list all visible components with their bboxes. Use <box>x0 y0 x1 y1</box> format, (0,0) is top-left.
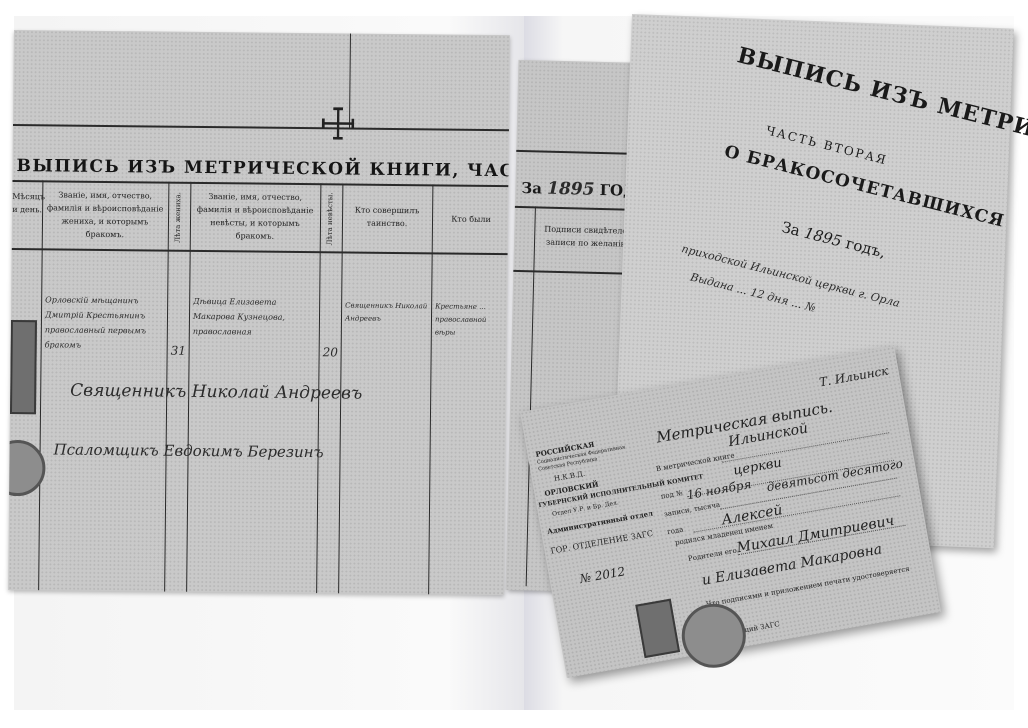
column-header-groom: Званіе, имя, отчество, фамилія и вѣроисп… <box>44 188 167 241</box>
card-top-signature: Т. Ильинск <box>818 364 889 390</box>
entry-bride: Дѣвица Елизавета Макарова Кузнецова, пра… <box>193 294 317 340</box>
entry-groom: Орловскій мѣщанинъ Дмитрій Крестьянинъ п… <box>45 292 166 353</box>
extract-year-label: За <box>780 218 802 240</box>
entry-witnesses: Крестьяне ... православной вѣры <box>435 300 505 340</box>
card-revenue-stamp <box>635 599 680 658</box>
year-value: 1895 <box>547 179 595 200</box>
entry-bride-age: 20 <box>323 345 338 359</box>
col-sep <box>428 184 433 594</box>
extract-year: За 1895 годъ, <box>780 218 888 262</box>
column-header-bride: Званіе, имя, отчество, фамилія и вѣроисп… <box>192 190 319 243</box>
col-sep <box>38 180 43 590</box>
column-header-witnesses: Кто были <box>436 212 506 226</box>
priest-signature: Священникъ Николай Андреевъ <box>70 381 362 404</box>
column-header-bride-age: Лѣта невѣсты. <box>324 191 338 247</box>
revenue-stamp <box>10 320 37 414</box>
card-field-label: года <box>666 525 684 536</box>
card-field-label: записи, тысяча <box>663 501 720 519</box>
metric-book-ledger: ☩ ВЫПИСЬ ИЗЪ МЕТРИЧЕСКОЙ КНИГИ, ЧАСТЬ ВТ… <box>8 30 510 595</box>
header-bottom-rule <box>12 248 508 255</box>
card-field-label: под № <box>660 489 683 501</box>
card-registry-number: № 2012 <box>579 564 626 586</box>
clerk-signature: Псаломщикъ Евдокимъ Березинъ <box>54 440 324 461</box>
card-field-label: Родители его <box>687 547 737 563</box>
ledger-top-rule <box>13 124 509 131</box>
entry-groom-age: 31 <box>171 344 186 358</box>
column-header-officiant: Кто совершилъ таинство. <box>344 203 430 230</box>
header-top-rule <box>12 180 508 187</box>
extract-year-value: 1895 <box>802 224 843 251</box>
extract-year-suffix: годъ, <box>844 234 888 261</box>
card-header-line: Н.К.В.Д. <box>553 470 585 483</box>
imperial-eagle-crest-icon: ☩ <box>303 89 374 160</box>
column-header-groom-age: Лѣта жениха. <box>172 190 186 246</box>
column-header-date: Мѣсяцъ и день. <box>12 190 42 216</box>
extract-title: ВЫПИСЬ ИЗЪ МЕТРИЧЕСКОЙ КНИГИ <box>735 42 1028 199</box>
year-label: За <box>521 179 542 197</box>
col-sep <box>526 206 536 586</box>
entry-officiant: Священникъ Николай Андреевъ <box>345 299 429 326</box>
